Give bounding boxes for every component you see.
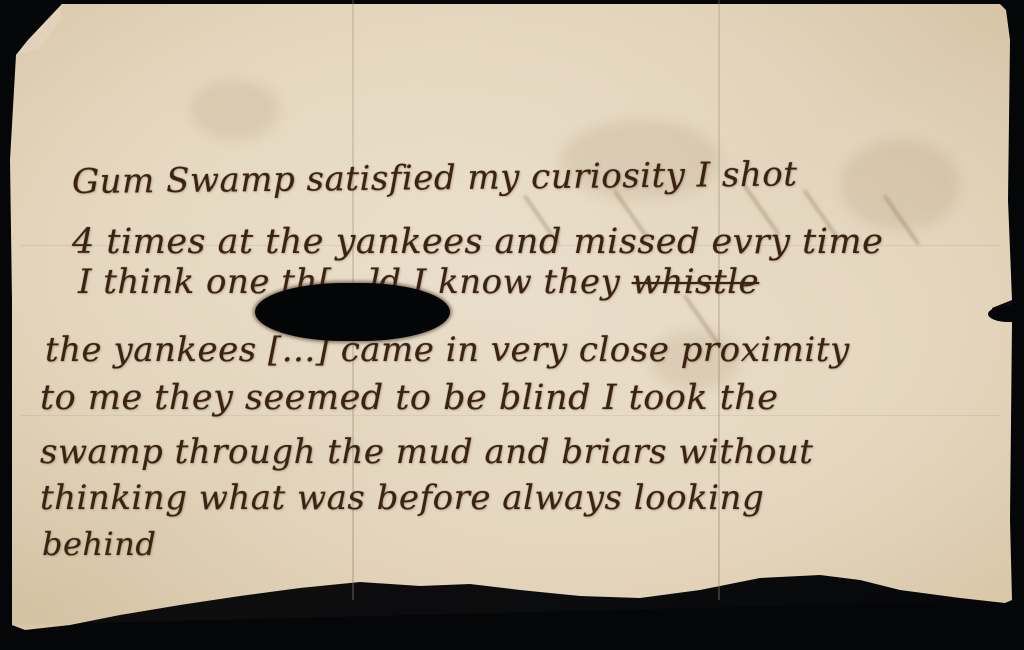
burn-hole	[255, 283, 450, 341]
handwritten-line-7: thinking what was before always looking	[40, 478, 764, 518]
stain	[190, 80, 280, 140]
handwritten-line-4: the yankees [...] came in very close pro…	[45, 330, 850, 370]
handwritten-line-6: swamp through the mud and briars without	[40, 432, 813, 472]
handwritten-line-5: to me they seemed to be blind I took the	[40, 378, 779, 418]
struck-through-word: whistle	[632, 262, 759, 302]
torn-notch	[988, 306, 1024, 322]
handwritten-line-1: Gum Swamp satisfied my curiosity I shot	[72, 154, 798, 202]
document-scan: Gum Swamp satisfied my curiosity I shot …	[0, 0, 1024, 650]
handwritten-line-8: behind	[42, 525, 156, 563]
handwritten-line-2: 4 times at the yankees and missed evry t…	[72, 222, 883, 262]
